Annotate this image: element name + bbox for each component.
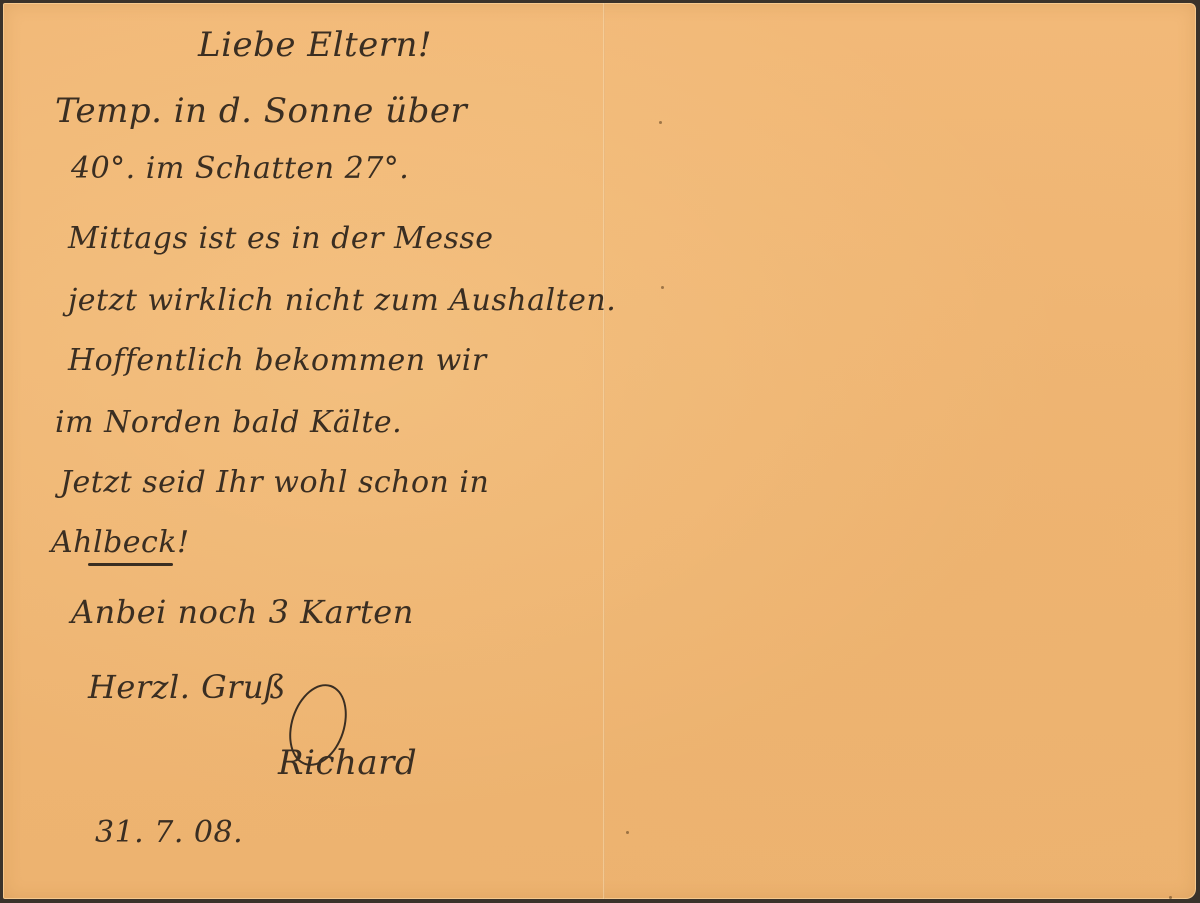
paper-speck bbox=[1169, 896, 1172, 899]
scanned-letter: Liebe Eltern! Temp. in d. Sonne über 40°… bbox=[0, 0, 1200, 903]
paper-sheet: Liebe Eltern! Temp. in d. Sonne über 40°… bbox=[3, 3, 1196, 899]
place-name-underline bbox=[88, 563, 173, 566]
letter-line: Anbei noch 3 Karten bbox=[71, 593, 414, 631]
letter-closing: Herzl. Gruß bbox=[88, 668, 286, 706]
letter-line-place-name: Ahlbeck! bbox=[51, 525, 190, 560]
letter-date: 31. 7. 08. bbox=[95, 815, 243, 850]
letter-line: im Norden bald Kälte. bbox=[55, 405, 402, 440]
paper-speck bbox=[659, 121, 662, 124]
letter-line: Hoffentlich bekommen wir bbox=[68, 343, 487, 378]
letter-salutation: Liebe Eltern! bbox=[198, 25, 432, 65]
letter-line: jetzt wirklich nicht zum Aushalten. bbox=[68, 283, 616, 318]
letter-line: Temp. in d. Sonne über bbox=[55, 91, 467, 131]
paper-speck bbox=[661, 286, 664, 289]
paper-speck bbox=[626, 831, 629, 834]
letter-line: 40°. im Schatten 27°. bbox=[71, 151, 409, 186]
letter-line: Mittags ist es in der Messe bbox=[68, 221, 494, 256]
fold-line bbox=[603, 3, 605, 899]
letter-line: Jetzt seid Ihr wohl schon in bbox=[60, 465, 489, 500]
letter-signature: Richard bbox=[278, 743, 417, 783]
